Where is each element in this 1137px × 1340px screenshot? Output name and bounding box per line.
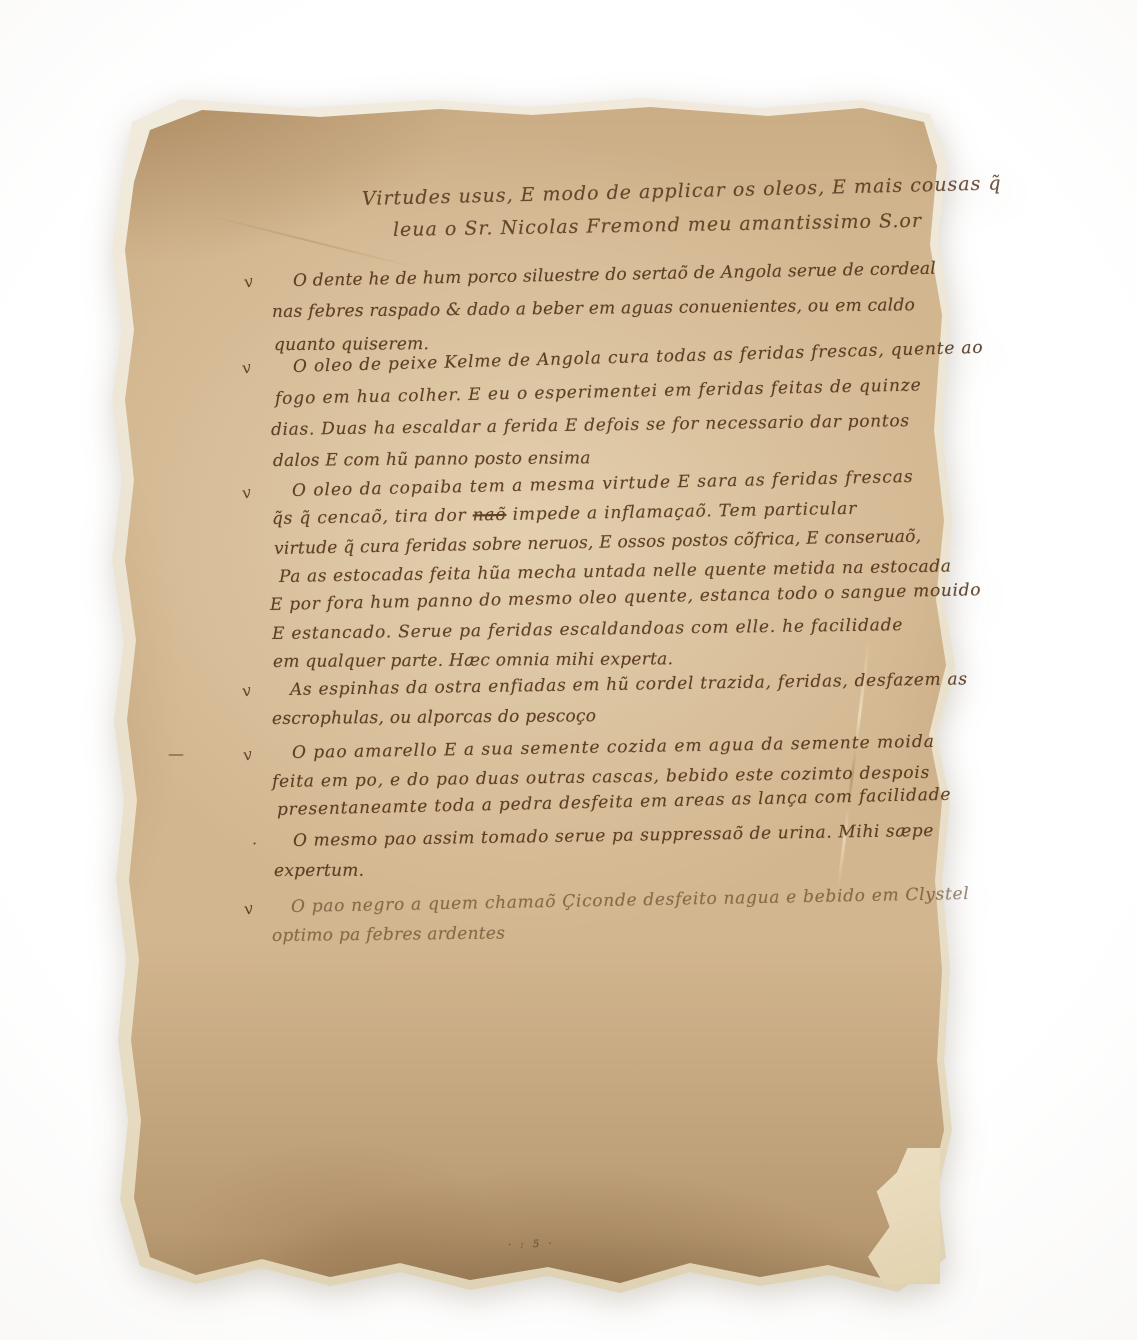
manuscript-title-line-1: Virtudes usus, E modo de applicar os ole… [362, 172, 1002, 210]
manuscript-line-struck: q̃s q̃ cencaõ, tira dor naõ impede a inf… [272, 499, 857, 529]
paragraph-marker: v [240, 482, 253, 502]
manuscript-line: O oleo da copaiba tem a mesma virtude E … [292, 467, 914, 501]
manuscript-line: nas febres raspado & dado a beber em agu… [272, 295, 915, 322]
margin-dash: — [168, 744, 184, 763]
paragraph-marker: v [242, 898, 255, 918]
manuscript-line: O mesmo pao assim tomado serue pa suppre… [293, 821, 934, 851]
manuscript-line: E estancado. Serue pa feridas escaldando… [272, 615, 903, 644]
paragraph-marker: v [241, 744, 254, 764]
manuscript-title-line-2: leua o Sr. Nicolas Fremond meu amantissi… [393, 210, 922, 241]
manuscript-line: fogo em hua colher. E eu o esperimentei … [275, 375, 922, 409]
paragraph-marker: v [240, 680, 253, 700]
paragraph-marker: v [240, 357, 253, 377]
manuscript-photo: Virtudes usus, E modo de applicar os ole… [0, 0, 1137, 1340]
manuscript-line: em qualquer parte. Hæc omnia mihi expert… [273, 649, 673, 672]
manuscript-line: O dente he de hum porco siluestre do ser… [293, 259, 936, 291]
manuscript-line: optimo pa febres ardentes [272, 924, 505, 946]
manuscript-line: O pao negro a quem chamaõ Çiconde desfei… [291, 884, 970, 917]
paragraph-marker: v [242, 271, 255, 291]
line-segment: q̃s q̃ cencaõ, tira dor [272, 505, 473, 528]
handwritten-text-layer: Virtudes usus, E modo de applicar os ole… [0, 0, 1137, 1340]
manuscript-line: dias. Duas ha escaldar a ferida E defois… [271, 411, 910, 440]
struck-word: naõ [473, 505, 507, 526]
manuscript-line: quanto quiserem. [274, 334, 429, 355]
bottom-ink-mark: · : 5 · [508, 1238, 555, 1251]
sub-dot: · [252, 834, 257, 853]
line-segment: impede a inflamaçaõ. Tem particular [506, 499, 857, 525]
manuscript-line: virtude q̃ cura feridas sobre neruos, E … [274, 527, 922, 559]
manuscript-line: expertum. [274, 861, 364, 881]
manuscript-line: As espinhas da ostra enfiadas em hũ cord… [290, 669, 968, 700]
manuscript-line: O pao amarello E a sua semente cozida em… [292, 732, 935, 763]
manuscript-line: dalos E com hũ panno posto ensima [273, 448, 591, 471]
manuscript-line: escrophulas, ou alporcas do pescoço [272, 706, 596, 729]
